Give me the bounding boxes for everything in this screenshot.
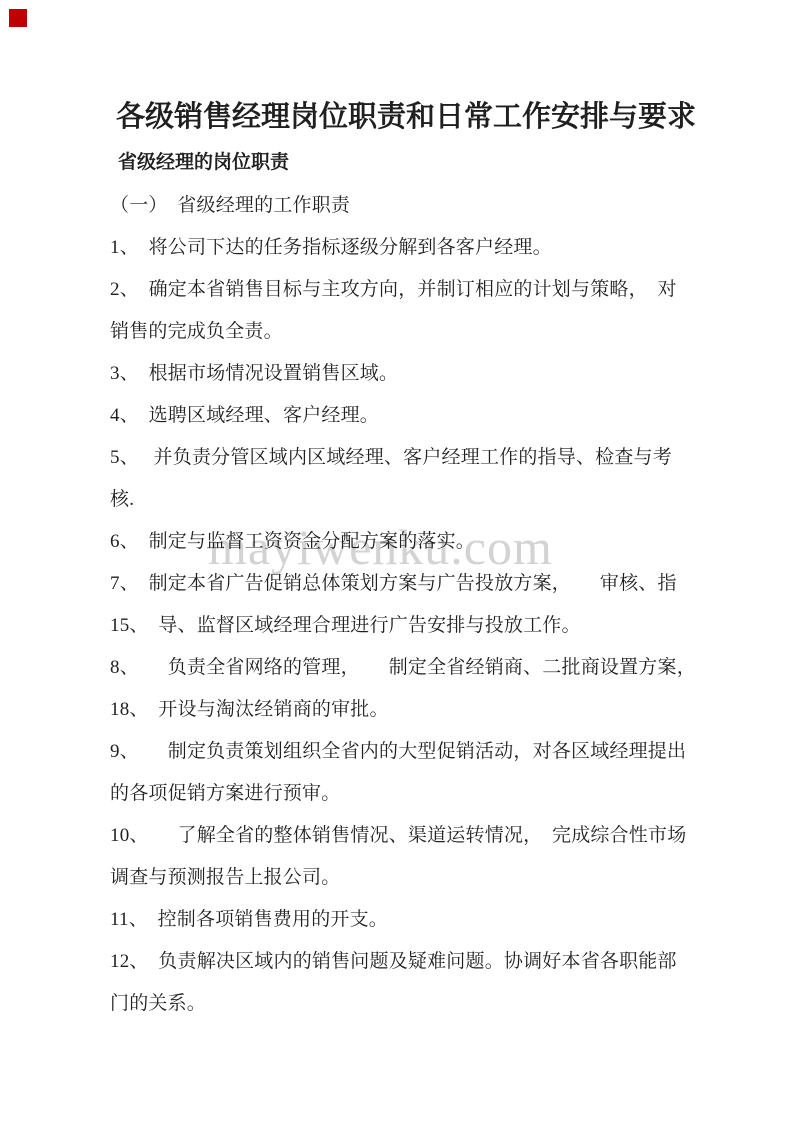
text-line: 7、 制定本省广告促销总体策划方案与广告投放方案， 审核、指 [110, 563, 710, 605]
text-line: 门的关系。 [110, 983, 710, 1025]
text-line: （一） 省级经理的工作职责 [110, 185, 710, 227]
text-line: 5、 并负责分管区域内区域经理、客户经理工作的指导、检查与考 [110, 437, 710, 479]
document-page: mayiwenku.com 各级销售经理岗位职责和日常工作安排与要求 省级经理的… [0, 0, 800, 1132]
text-line: 3、 根据市场情况设置销售区域。 [110, 353, 710, 395]
text-line: 12、 负责解决区域内的销售问题及疑难问题。协调好本省各职能部 [110, 941, 710, 983]
text-line: 调查与预测报告上报公司。 [110, 857, 710, 899]
text-line: 销售的完成负全责。 [110, 311, 710, 353]
red-corner-mark [9, 9, 27, 27]
text-line: 2、 确定本省销售目标与主攻方向，并制订相应的计划与策略， 对 [110, 269, 710, 311]
document-title: 各级销售经理岗位职责和日常工作安排与要求 [116, 94, 696, 135]
text-line: 15、 导、监督区域经理合理进行广告安排与投放工作。 [110, 605, 710, 647]
text-line: 8、 负责全省网络的管理， 制定全省经销商、二批商设置方案， [110, 647, 710, 689]
text-line: 10、 了解全省的整体销售情况、渠道运转情况， 完成综合性市场 [110, 815, 710, 857]
text-line: 4、 选聘区域经理、客户经理。 [110, 395, 710, 437]
text-line: 核. [110, 479, 710, 521]
text-line: 6、 制定与监督工资资金分配方案的落实。 [110, 521, 710, 563]
text-line: 18、 开设与淘汰经销商的审批。 [110, 689, 710, 731]
document-body: （一） 省级经理的工作职责 1、 将公司下达的任务指标逐级分解到各客户经理。 2… [110, 185, 710, 1025]
text-line: 11、 控制各项销售费用的开支。 [110, 899, 710, 941]
text-line: 的各项促销方案进行预审。 [110, 773, 710, 815]
section-heading: 省级经理的岗位职责 [118, 147, 289, 174]
text-line: 1、 将公司下达的任务指标逐级分解到各客户经理。 [110, 227, 710, 269]
text-line: 9、 制定负责策划组织全省内的大型促销活动，对各区域经理提出 [110, 731, 710, 773]
